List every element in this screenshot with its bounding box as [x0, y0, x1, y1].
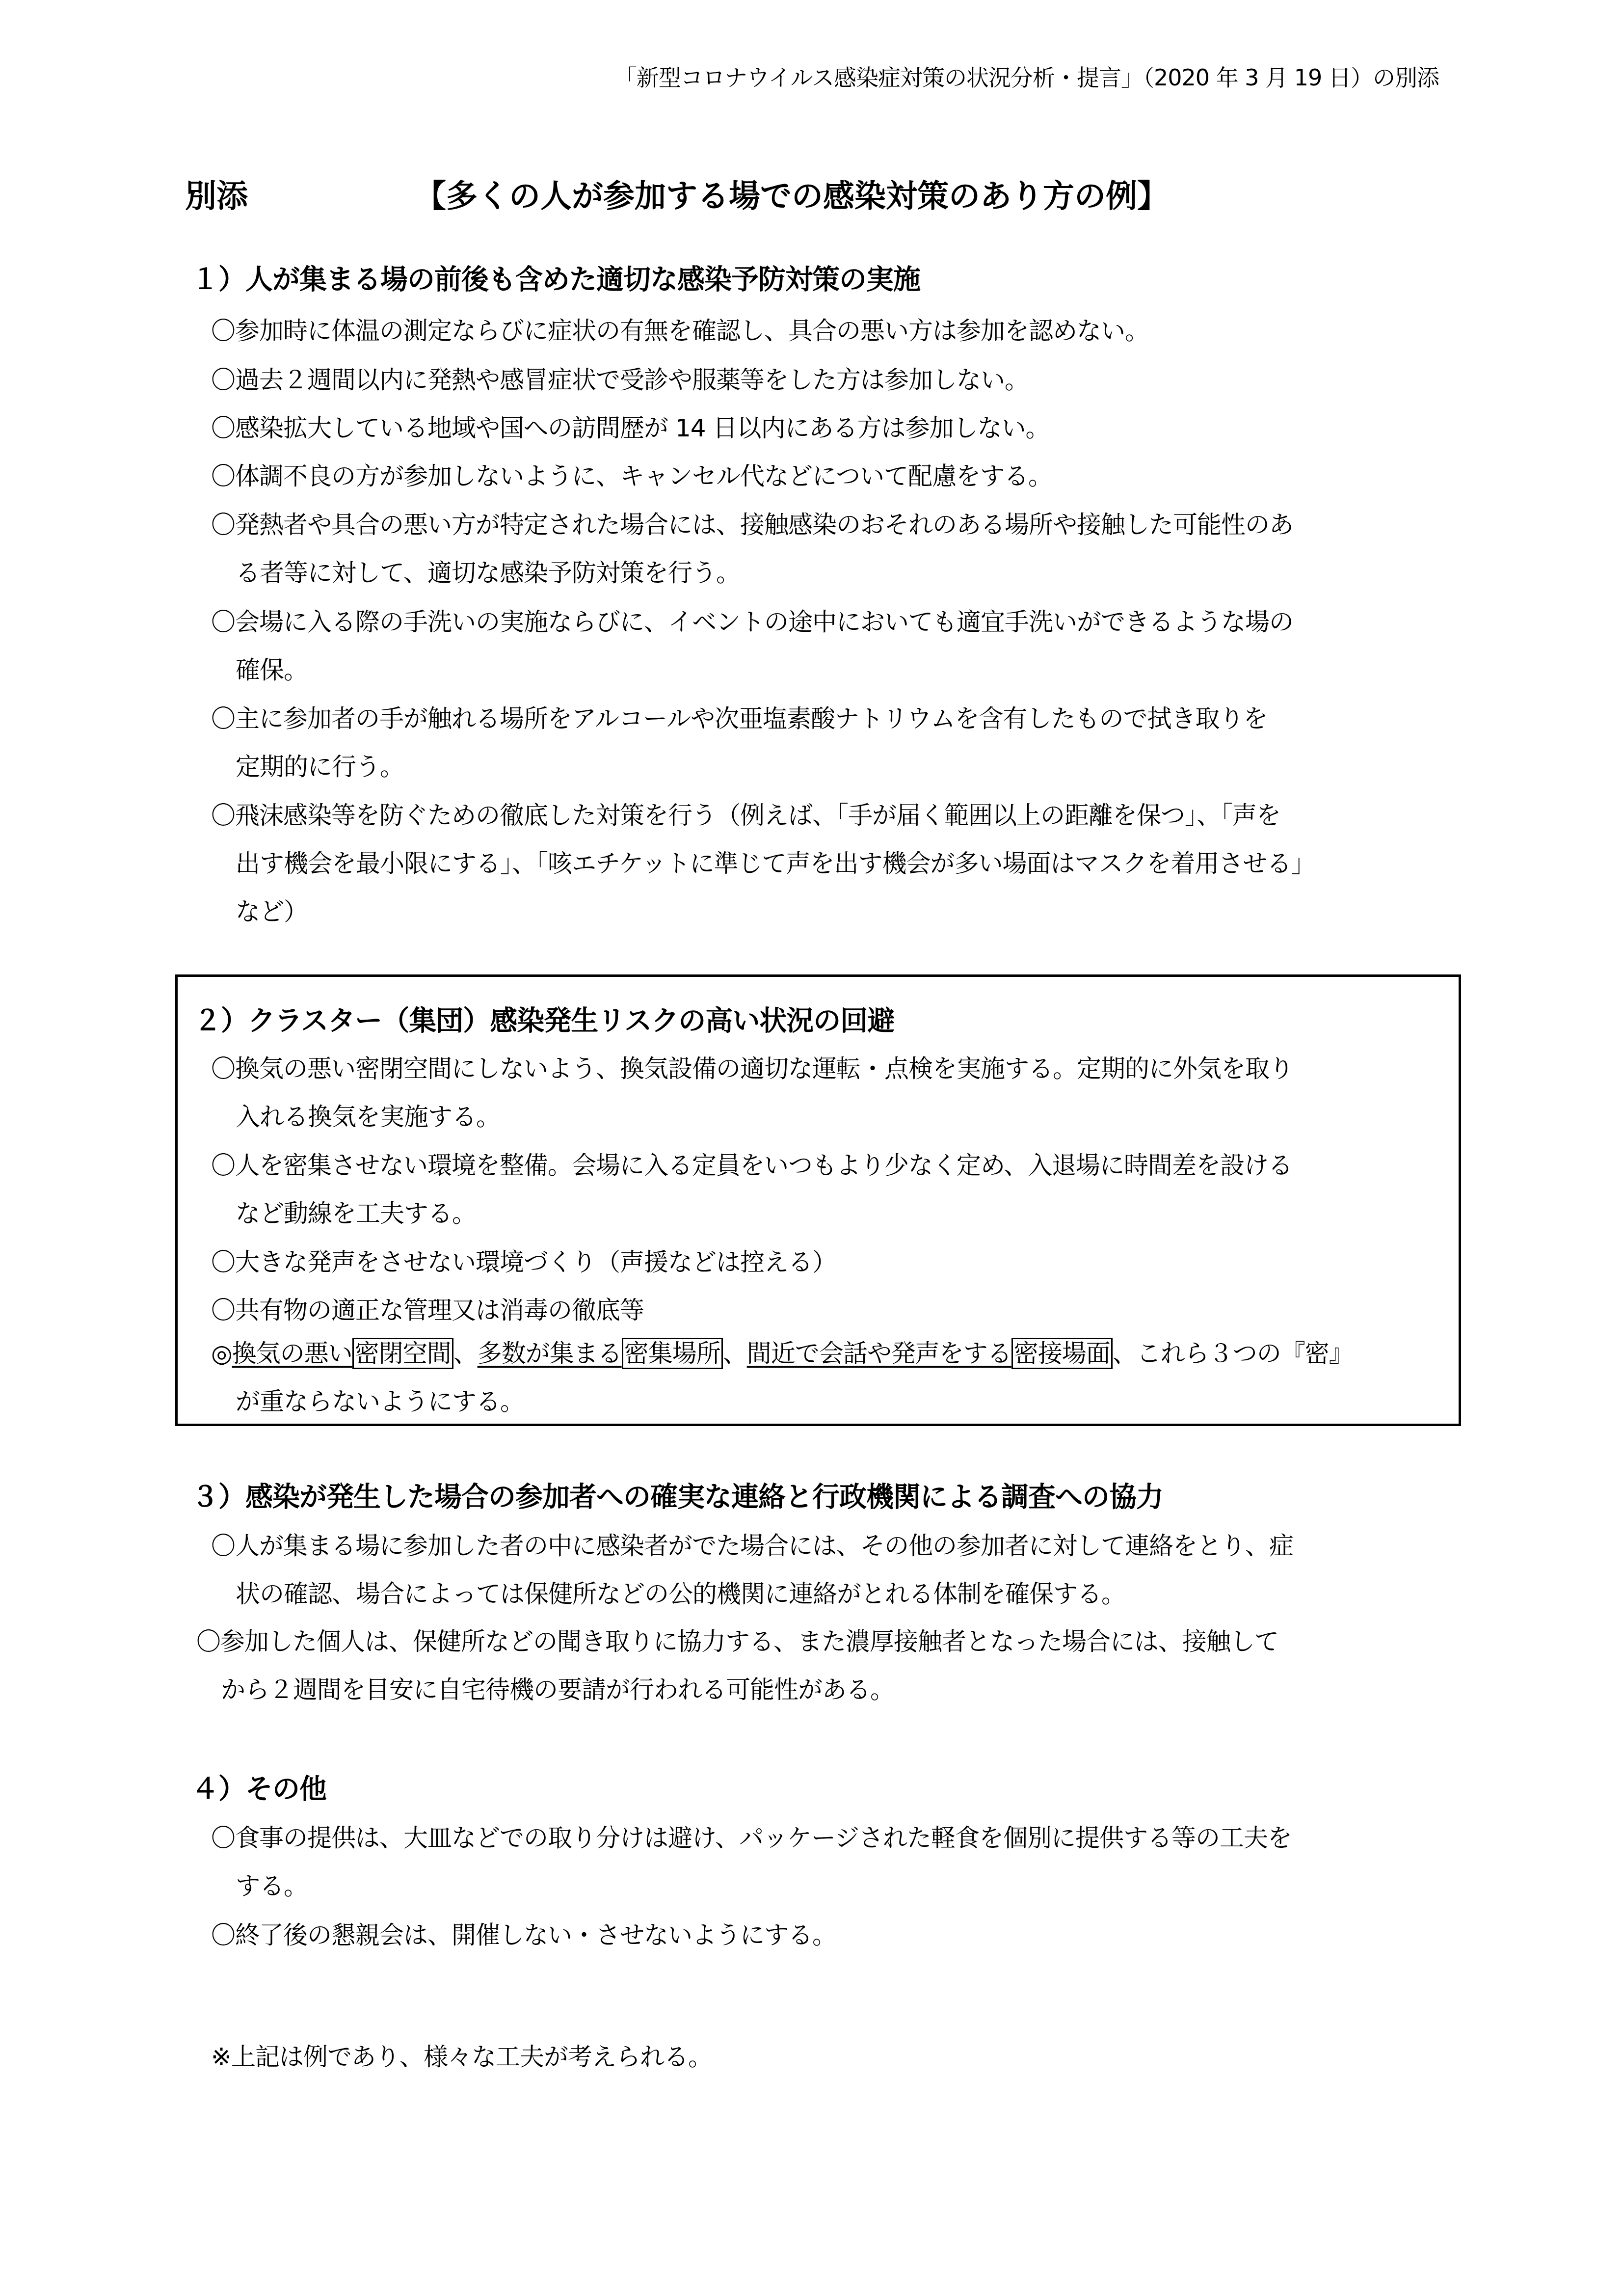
section-2-item-1: 〇換気の悪い密閉空間にしないよう、換気設備の適切な運転・点検を実施する。定期的に… [211, 1045, 1293, 1141]
section-2-item-4: 〇共有物の適正な管理又は消毒の徹底等 [211, 1286, 644, 1334]
section-1-item-2: 〇過去２週間以内に発熱や感冒症状で受診や服薬等をした方は参加しない。 [211, 356, 1029, 404]
header-note: 「新型コロナウイルス感染症対策の状況分析・提言」（2020 年 3 月 19 日… [614, 60, 1439, 92]
section-2-item-3: 〇大きな発声をさせない環境づくり（声援などは控える） [211, 1238, 836, 1286]
section-4-item-1: 〇食事の提供は、大皿などでの取り分けは避け、パッケージされた軽食を個別に提供する… [211, 1814, 1292, 1910]
section-2-item-2: 〇人を密集させない環境を整備。会場に入る定員をいつもより少なく定め、入退場に時間… [211, 1141, 1292, 1238]
section-1-item-8: 〇飛沫感染等を防ぐための徹底した対策を行う（例えば、「手が届く範囲以上の距離を保… [211, 791, 1315, 936]
section-1-heading: １）人が集まる場の前後も含めた適切な感染予防対策の実施 [191, 258, 920, 297]
keyword-close-contact: 密接場面 [1011, 1338, 1113, 1369]
document-page: 「新型コロナウイルス感染症対策の状況分析・提言」（2020 年 3 月 19 日… [0, 0, 1623, 2296]
section-4-heading: ４）その他 [191, 1767, 326, 1807]
section-1-item-6: 〇会場に入る際の手洗いの実施ならびに、イベントの途中においても適宜手洗いができる… [211, 598, 1293, 694]
section-2-three-c-highlight: ◎換気の悪い密閉空間、多数が集まる密集場所、間近で会話や発声をする密接場面、これ… [211, 1329, 1353, 1426]
section-1-item-1: 〇参加時に体温の測定ならびに症状の有無を確認し、具合の悪い方は参加を認めない。 [211, 307, 1149, 355]
keyword-crowded-place: 密集場所 [622, 1338, 723, 1369]
section-4-item-2: 〇終了後の懇親会は、開催しない・させないようにする。 [211, 1911, 836, 1959]
footnote: ※上記は例であり、様々な工夫が考えられる。 [211, 2037, 712, 2073]
section-1-item-5: 〇発熱者や具合の悪い方が特定された場合には、接触感染のおそれのある場所や接触した… [211, 501, 1293, 597]
section-3-item-1: 〇人が集まる場に参加した者の中に感染者がでた場合には、その他の参加者に対して連絡… [211, 1522, 1293, 1618]
title-main: 【多くの人が参加する場での感染対策のあり方の例】 [415, 178, 1169, 215]
section-2-heading: ２）クラスター（集団）感染発生リスクの高い状況の回避 [194, 999, 894, 1038]
document-title: 別添【多くの人が参加する場での感染対策のあり方の例】 [185, 171, 1169, 216]
section-1-item-3: 〇感染拡大している地域や国への訪問歴が 14 日以内にある方は参加しない。 [211, 404, 1049, 452]
section-1-item-7: 〇主に参加者の手が触れる場所をアルコールや次亜塩素酸ナトリウムを含有したもので拭… [211, 695, 1268, 791]
section-1-item-4: 〇体調不良の方が参加しないように、キャンセル代などについて配慮をする。 [211, 452, 1052, 500]
section-3-item-2: 〇参加した個人は、保健所などの聞き取りに協力する、また濃厚接触者となった場合には… [196, 1618, 1278, 1714]
keyword-closed-space: 密閉空間 [352, 1338, 453, 1369]
section-3-heading: ３）感染が発生した場合の参加者への確実な連絡と行政機関による調査への協力 [191, 1475, 1163, 1514]
annex-label: 別添 [185, 171, 415, 216]
